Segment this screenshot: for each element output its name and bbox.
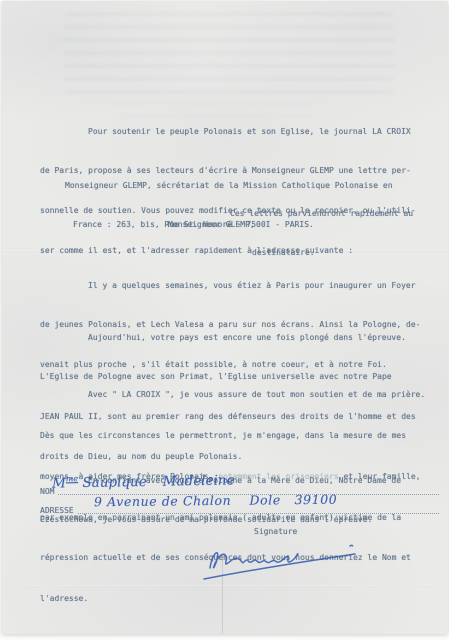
salutation: Monseigneur GLEMP, bbox=[168, 218, 255, 231]
show-through-smudge bbox=[64, 13, 394, 93]
typed-line: Il y a quelques semaines, vous étiez à P… bbox=[40, 279, 438, 292]
handwritten-firstname: Madeleine bbox=[163, 472, 235, 489]
typed-line: Aujourd'hui, votre pays est encore une f… bbox=[40, 331, 438, 344]
adresse-label: ADRESSE bbox=[40, 504, 74, 517]
typed-line: Ces lettres parviendront rapidement au bbox=[230, 207, 413, 220]
handwritten-name: Mme SaupiqueMadeleine bbox=[52, 471, 235, 491]
typed-line: Pour soutenir le peuple Polonais et son … bbox=[40, 125, 438, 138]
handwritten-civility-sup: me bbox=[66, 474, 78, 483]
scanned-letter-page: Pour soutenir le peuple Polonais et son … bbox=[0, 0, 449, 640]
typed-line: l'adresse. bbox=[40, 592, 438, 606]
typed-line: Czestochowa, je vous assure de ma profon… bbox=[40, 513, 438, 526]
typed-line: Avec " LA CROIX ", je vous assure de tou… bbox=[40, 388, 438, 402]
typed-line: Dès que les circonstances le permettront… bbox=[40, 429, 438, 443]
paper-sheet: Pour soutenir le peuple Polonais et son … bbox=[2, 1, 448, 634]
dotted-rule-adresse bbox=[78, 512, 439, 514]
handwritten-address: 9 Avenue de Chalon Dole 39100 bbox=[94, 492, 337, 510]
signature-scribble bbox=[200, 534, 365, 586]
handwritten-surname: Saupique bbox=[82, 474, 147, 491]
handwritten-civility: M bbox=[52, 475, 66, 491]
